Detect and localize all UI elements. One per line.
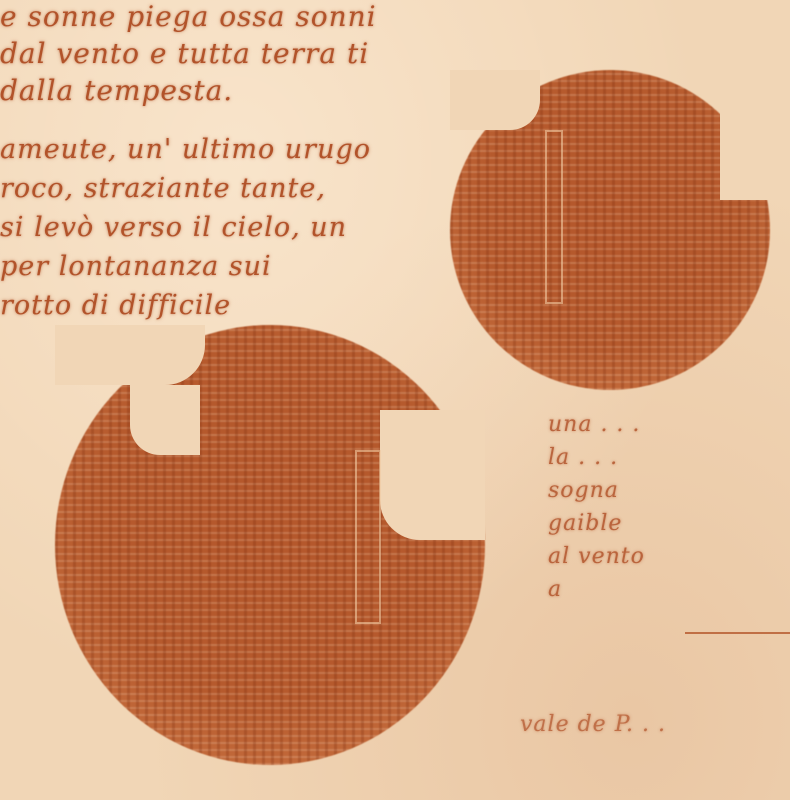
vignette-cutout bbox=[720, 110, 770, 200]
column-outline bbox=[355, 450, 381, 624]
column-outline bbox=[545, 130, 563, 304]
handwritten-text-top: e sonne piega ossa sonni dal vento e tut… bbox=[0, 0, 377, 109]
handwritten-text-right: una . . . la . . . sogna gaible al vento… bbox=[548, 408, 645, 606]
ink-line bbox=[685, 632, 790, 634]
vignette-cutout bbox=[55, 325, 205, 385]
etching-artwork: e sonne piega ossa sonni dal vento e tut… bbox=[0, 0, 790, 800]
vignette-cutout bbox=[130, 385, 200, 455]
architectural-vignette-large bbox=[55, 325, 485, 765]
handwritten-text-middle: ameute, un' ultimo urugo roco, straziant… bbox=[0, 130, 371, 325]
vignette-cutout bbox=[380, 410, 485, 540]
signature: vale de P. . . bbox=[520, 712, 666, 737]
vignette-cutout bbox=[450, 70, 540, 130]
